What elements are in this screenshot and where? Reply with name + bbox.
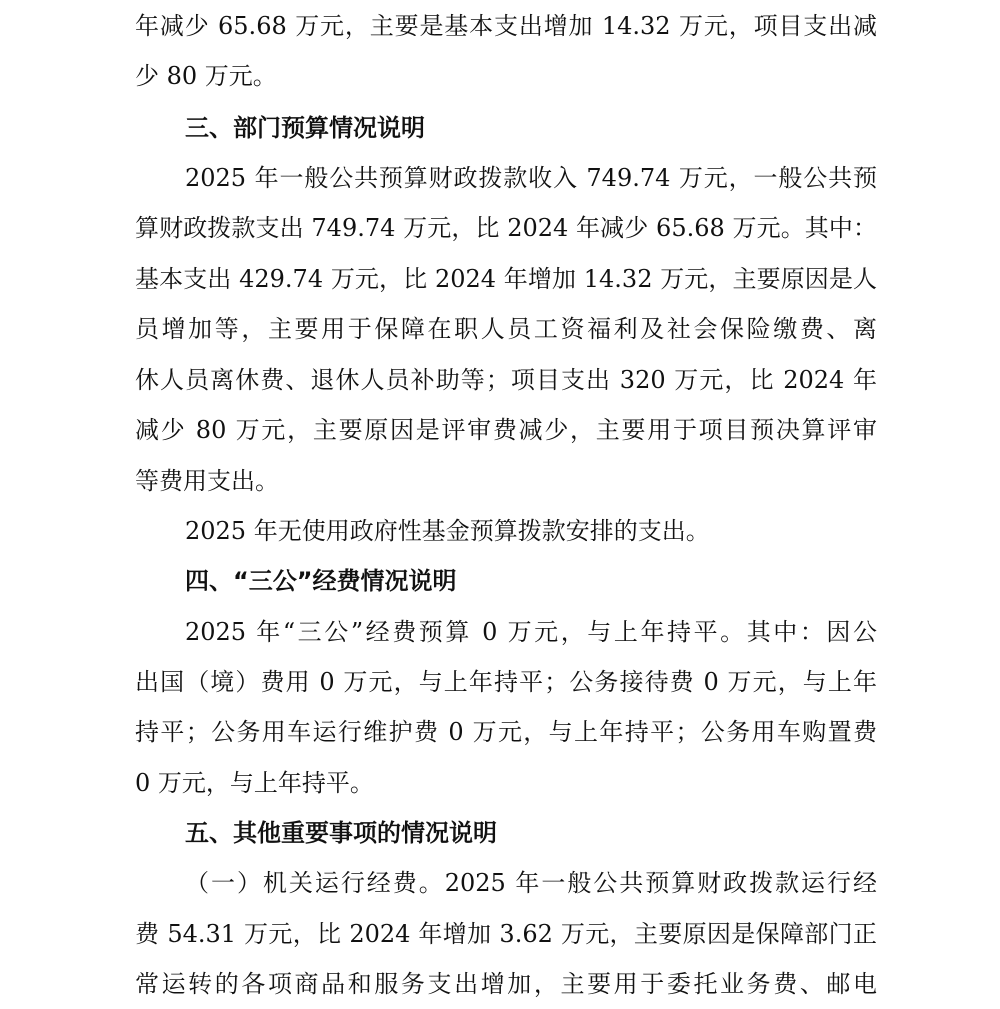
paragraph-line: 常运转的各项商品和服务支出增加，主要用于委托业务费、邮电 [135,959,877,1009]
paragraph-line: 出国（境）费用 0 万元，与上年持平；公务接待费 0 万元，与上年 [135,657,877,707]
paragraph-line: 年减少 65.68 万元，主要是基本支出增加 14.32 万元，项目支出减 [135,1,877,51]
paragraph-line: 2025 年无使用政府性基金预算拨款安排的支出。 [185,506,877,556]
paragraph-line: 等费用支出。 [135,456,877,506]
paragraph-line: 2025 年“三公”经费预算 0 万元，与上年持平。其中：因公 [185,607,877,657]
paragraph-line: （一）机关运行经费。2025 年一般公共预算财政拨款运行经 [185,858,877,908]
paragraph-line: 基本支出 429.74 万元，比 2024 年增加 14.32 万元，主要原因是… [135,254,877,304]
paragraph-line: 费 54.31 万元，比 2024 年增加 3.62 万元，主要原因是保障部门正 [135,909,877,959]
paragraph-line: 算财政拨款支出 749.74 万元，比 2024 年减少 65.68 万元。其中… [135,203,877,253]
section-heading-4: 四、“三公”经费情况说明 [185,556,457,606]
section-heading-3: 三、部门预算情况说明 [185,103,425,153]
paragraph-line: 减少 80 万元，主要原因是评审费减少，主要用于项目预决算评审 [135,405,877,455]
paragraph-line: 持平；公务用车运行维护费 0 万元，与上年持平；公务用车购置费 [135,707,877,757]
paragraph-line: 2025 年一般公共预算财政拨款收入 749.74 万元，一般公共预 [185,153,877,203]
paragraph-line: 0 万元，与上年持平。 [135,758,877,808]
paragraph-line: 少 80 万元。 [135,51,877,101]
section-heading-5: 五、其他重要事项的情况说明 [185,808,497,858]
paragraph-line: 员增加等，主要用于保障在职人员工资福利及社会保险缴费、离 [135,304,877,354]
paragraph-line: 休人员离休费、退休人员补助等；项目支出 320 万元，比 2024 年 [135,355,877,405]
